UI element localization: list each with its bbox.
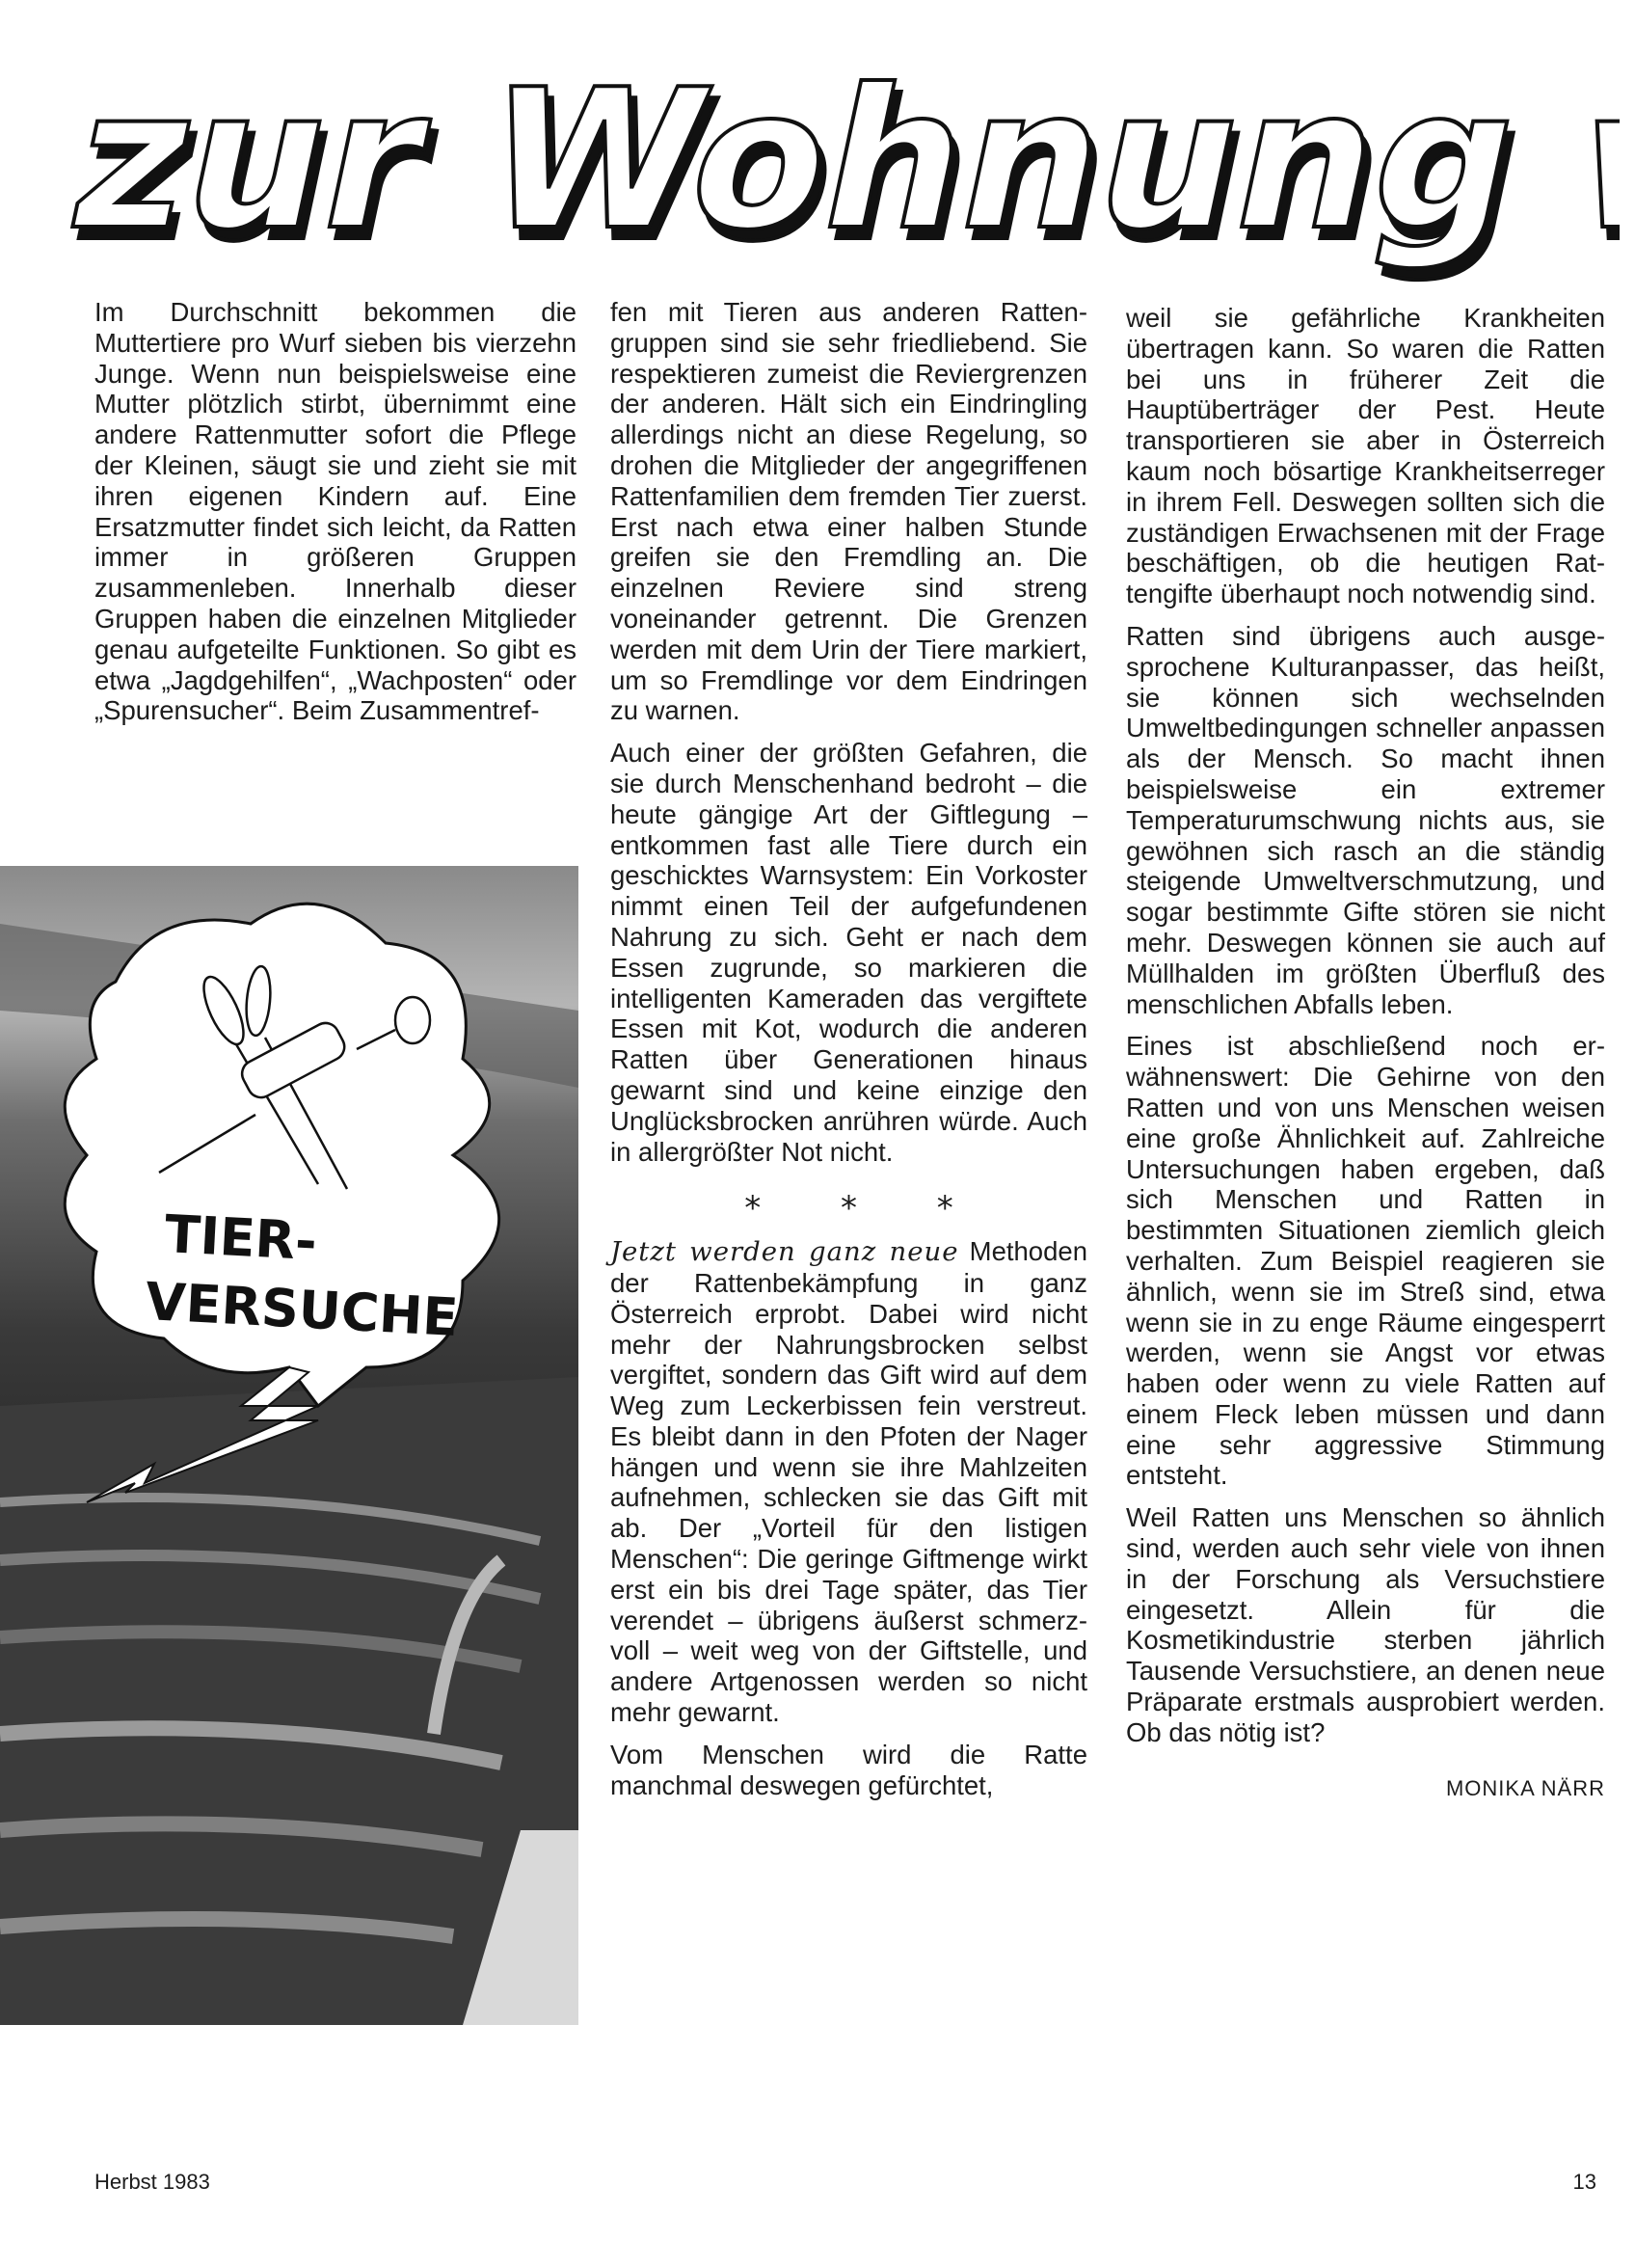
paragraph: Vom Menschen wird die Ratte manchmal des… xyxy=(610,1740,1087,1801)
headline-text: zur Wohnung wird xyxy=(54,47,1620,272)
bubble-text-tier: TIER- xyxy=(163,1203,318,1272)
paragraph: Im Durchschnitt bekommen die Muttertiere… xyxy=(94,297,576,726)
illustration-photo: TIER- VERSUCHE xyxy=(0,866,578,2025)
section-separator: * * * xyxy=(610,1194,1087,1225)
handwritten-lead: Jetzt werden ganz neue xyxy=(610,1236,958,1267)
paragraph: Auch einer der größten Gefahren, die sie… xyxy=(610,738,1087,1167)
paragraph-text: Me­thoden der Rattenbekämpfung in ganz Ö… xyxy=(610,1236,1087,1727)
paragraph: Ratten sind übrigens auch ausge­sprochen… xyxy=(1126,621,1605,1019)
paragraph: fen mit Tieren aus anderen Ratten­gruppe… xyxy=(610,297,1087,726)
headline-graphic: zur Wohnung wird zur Wohnung wird xyxy=(39,19,1620,299)
headline: zur Wohnung wird zur Wohnung wird xyxy=(39,19,1620,299)
basket-photo-illustration: TIER- VERSUCHE xyxy=(0,866,578,2025)
author-signature: MONIKA NÄRR xyxy=(1126,1773,1605,1804)
article-column-1: Im Durchschnitt bekommen die Muttertiere… xyxy=(94,297,576,738)
paragraph: Jetzt werden ganz neue Me­thoden der Rat… xyxy=(610,1236,1087,1728)
paragraph: Weil Ratten uns Menschen so ähnlich sind… xyxy=(1126,1502,1605,1747)
page-number: 13 xyxy=(1573,2170,1596,2195)
paragraph: weil sie gefährliche Krankheiten übertra… xyxy=(1126,303,1605,609)
issue-label: Herbst 1983 xyxy=(94,2170,210,2195)
paragraph: Eines ist abschließend noch er­wähnenswe… xyxy=(1126,1031,1605,1491)
article-column-2: fen mit Tieren aus anderen Ratten­gruppe… xyxy=(610,297,1087,1812)
article-column-3: weil sie gefährliche Krankheiten übertra… xyxy=(1126,303,1605,1803)
